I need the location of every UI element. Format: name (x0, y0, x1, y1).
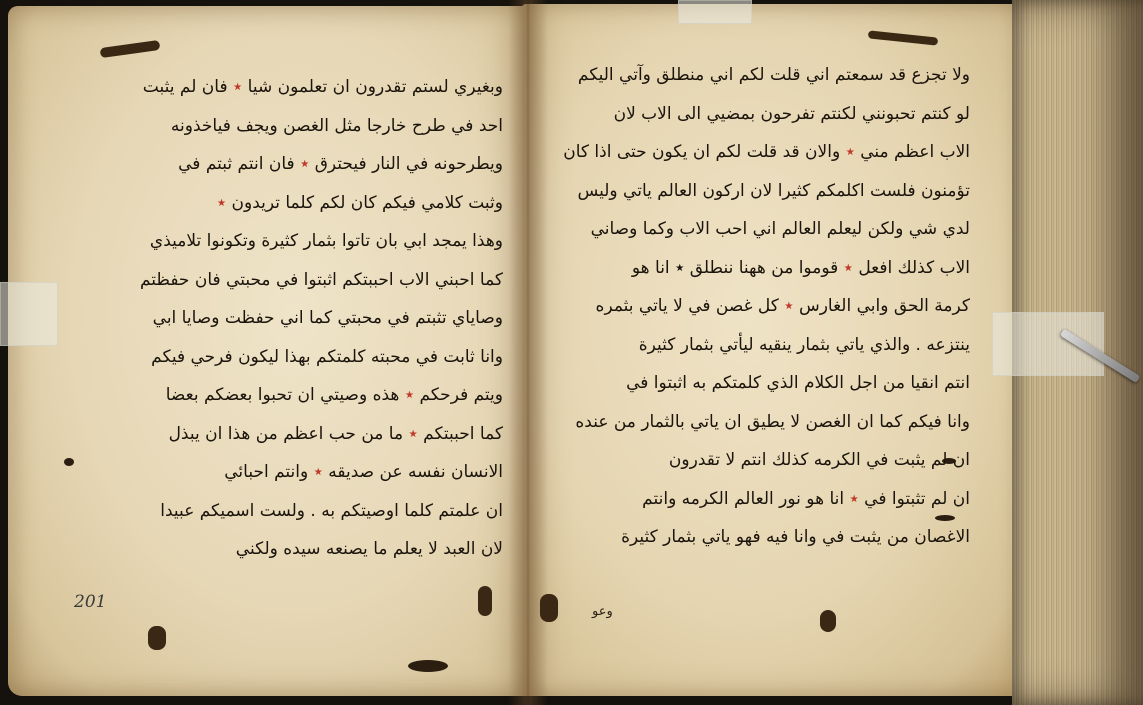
wormhole (64, 458, 74, 466)
text-line: ينتزعه . والذي ياتي بثمار ينقيه ليأتي بث… (552, 326, 970, 365)
catchword: وعو (592, 604, 613, 619)
left-page-text: وبغيري لستم تقدرون ان تعلمون شيا ٭ فان ل… (98, 68, 503, 569)
text-line: الاب كذلك افعل ٭ قوموا من ههنا ننطلق ٭ ا… (552, 249, 970, 288)
text-line: الاغصان من يثبت في وانا فيه فهو ياتي بثم… (552, 518, 970, 557)
text-line: وصاياي تثبتم في محبتي كما اني حفظت وصايا… (98, 299, 503, 338)
text-line: لو كنتم تحبونني لكنتم تفرحون بمضيي الى ا… (552, 95, 970, 134)
wormhole (540, 594, 558, 622)
text-line: وانا ثابت في محبته كلمتكم بهذا ليكون فرح… (98, 338, 503, 377)
text-line: وهذا يمجد ابي بان تاتوا بثمار كثيرة وتكو… (98, 222, 503, 261)
wormhole (148, 626, 166, 650)
text-line: الاب اعظم مني ٭ والان قد قلت لكم ان يكون… (552, 133, 970, 172)
wormhole (408, 660, 448, 672)
wormhole (478, 586, 492, 616)
text-line: وثبت كلامي فيكم كان لكم كلما تريدون ٭ (98, 184, 503, 223)
text-line: ويطرحونه في النار فيحترق ٭ فان انتم ثبتم… (98, 145, 503, 184)
text-line: الانسان نفسه عن صديقه ٭ وانتم احبائي (98, 453, 503, 492)
folio-number: 201 (74, 592, 106, 612)
repair-tape-top (678, 0, 752, 24)
text-line: انتم انقيا من اجل الكلام الذي كلمتكم به … (552, 364, 970, 403)
text-line: تؤمنون فلست اكلمكم كثيرا لان اركون العال… (552, 172, 970, 211)
text-line: ويتم فرحكم ٭ هذه وصيتي ان تحبوا بعضكم بع… (98, 376, 503, 415)
text-line: لان العبد لا يعلم ما يصنعه سيده ولكني (98, 530, 503, 569)
right-page-text: ولا تجزع قد سمعتم اني قلت لكم اني منطلق … (552, 56, 970, 557)
text-line: احد في طرح خارجا مثل الغصن ويجف فياخذونه (98, 107, 503, 146)
text-line: ان لم تثبتوا في ٭ انا هو نور العالم الكر… (552, 480, 970, 519)
text-line: ان لم يثبت في الكرمه كذلك انتم لا تقدرون (552, 441, 970, 480)
text-line: وبغيري لستم تقدرون ان تعلمون شيا ٭ فان ل… (98, 68, 503, 107)
wormhole (820, 610, 836, 632)
repair-tape-left (0, 282, 58, 346)
text-line: وانا فيكم كما ان الغصن لا يطيق ان ياتي ب… (552, 403, 970, 442)
text-line: كما احببتكم ٭ ما من حب اعظم من هذا ان يب… (98, 415, 503, 454)
manuscript-scene: وبغيري لستم تقدرون ان تعلمون شيا ٭ فان ل… (0, 0, 1143, 705)
text-line: ان علمتم كلما اوصيتكم به . ولست اسميكم ع… (98, 492, 503, 531)
text-line: كما احبني الاب احببتكم اثبتوا في محبتي ف… (98, 261, 503, 300)
text-line: كرمة الحق وابي الغارس ٭ كل غصن في لا يات… (552, 287, 970, 326)
text-line: لدي شي ولكن ليعلم العالم اني احب الاب وك… (552, 210, 970, 249)
text-line: ولا تجزع قد سمعتم اني قلت لكم اني منطلق … (552, 56, 970, 95)
